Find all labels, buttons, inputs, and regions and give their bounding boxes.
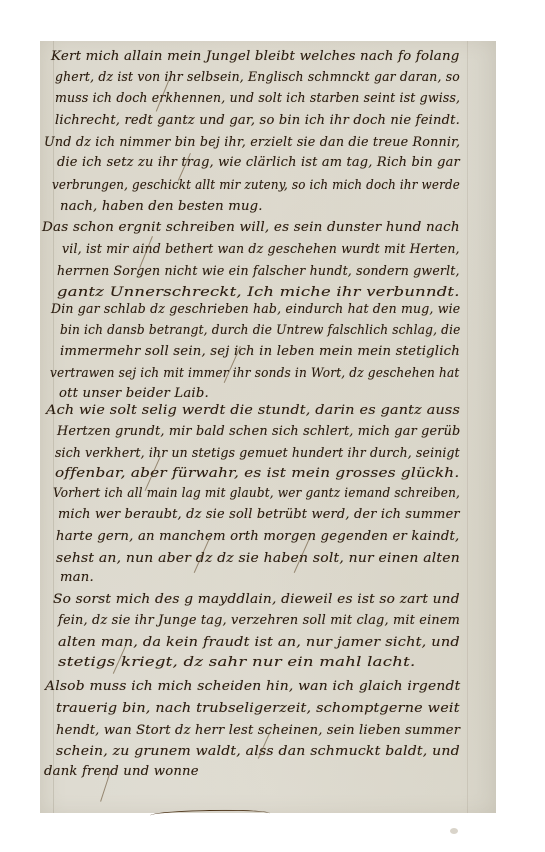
text-line: fein, dz sie ihr Junge tag, verzehren so… <box>58 613 460 628</box>
text-line: offenbar, aber fürwahr, es ist mein gros… <box>55 466 459 481</box>
margin-rule-right <box>467 41 468 813</box>
text-line: sehst an, nun aber dz dz sie haben solt,… <box>56 551 460 566</box>
text-line: Din gar schlab dz geschrieben hab, eindu… <box>51 302 460 317</box>
text-line: Hertzen grundt, mir bald schen sich schl… <box>57 424 460 439</box>
text-line: Vorhert ich all main lag mit glaubt, wer… <box>53 486 460 501</box>
text-line: ghert, dz ist von ihr selbsein, Englisch… <box>55 70 460 85</box>
text-line: herrnen Sorgen nicht wie ein falscher hu… <box>57 264 460 279</box>
text-line: sich verkhert, ihr un stetigs gemuet hun… <box>55 446 460 461</box>
text-line: man. <box>60 570 94 585</box>
text-line: muss ich doch erkhennen, und solt ich st… <box>55 91 460 106</box>
text-line: immermehr soll sein, sej ich in leben me… <box>60 344 460 359</box>
text-line: bin ich dansb betrangt, durch die Untrew… <box>60 323 461 338</box>
text-line: ott unser beider Laib. <box>59 386 209 401</box>
text-line: Das schon ergnit schreiben will, es sein… <box>42 220 460 235</box>
text-line: die ich setz zu ihr trag, wie clärlich i… <box>57 155 460 170</box>
closing-flourish <box>150 809 270 820</box>
text-line: So sorst mich des g mayddlain, dieweil e… <box>53 592 460 607</box>
text-line: harte gern, an manchem orth morgen gegen… <box>56 529 459 544</box>
text-line: verbrungen, geschickt allt mir zuteny, s… <box>52 178 460 193</box>
text-line: gantz Unnerschreckt, Ich miche ihr verbu… <box>57 285 460 300</box>
text-line: trauerig bin, nach trubseligerzeit, scho… <box>56 701 460 716</box>
text-line: Und dz ich nimmer bin bej ihr, erzielt s… <box>44 135 460 150</box>
text-line: Kert mich allain mein Jungel bleibt welc… <box>51 49 460 64</box>
manuscript-page: Kert mich allain mein Jungel bleibt welc… <box>40 41 496 813</box>
text-line: lichrecht, redt gantz und gar, so bin ic… <box>55 113 460 128</box>
paper-stain <box>450 828 458 834</box>
text-line: dank frend und wonne <box>44 764 199 779</box>
text-line: vertrawen sej ich mit immer ihr sonds in… <box>50 366 459 381</box>
text-line: hendt, wan Stort dz herr lest scheinen, … <box>56 723 460 738</box>
text-line: stetigs kriegt, dz sahr nur ein mahl lac… <box>58 655 415 670</box>
text-line: Alsob muss ich mich scheiden hin, wan ic… <box>45 679 460 694</box>
text-line: nach, haben den besten mug. <box>60 199 263 214</box>
text-line: vil, ist mir aind bethert wan dz gescheh… <box>62 242 460 257</box>
margin-rule-left <box>53 41 54 813</box>
text-line: alten man, da kein fraudt ist an, nur ja… <box>58 635 460 650</box>
text-line: Ach wie solt selig werdt die stundt, dar… <box>46 403 460 418</box>
text-line: mich wer beraubt, dz sie soll betrübt we… <box>58 507 460 522</box>
